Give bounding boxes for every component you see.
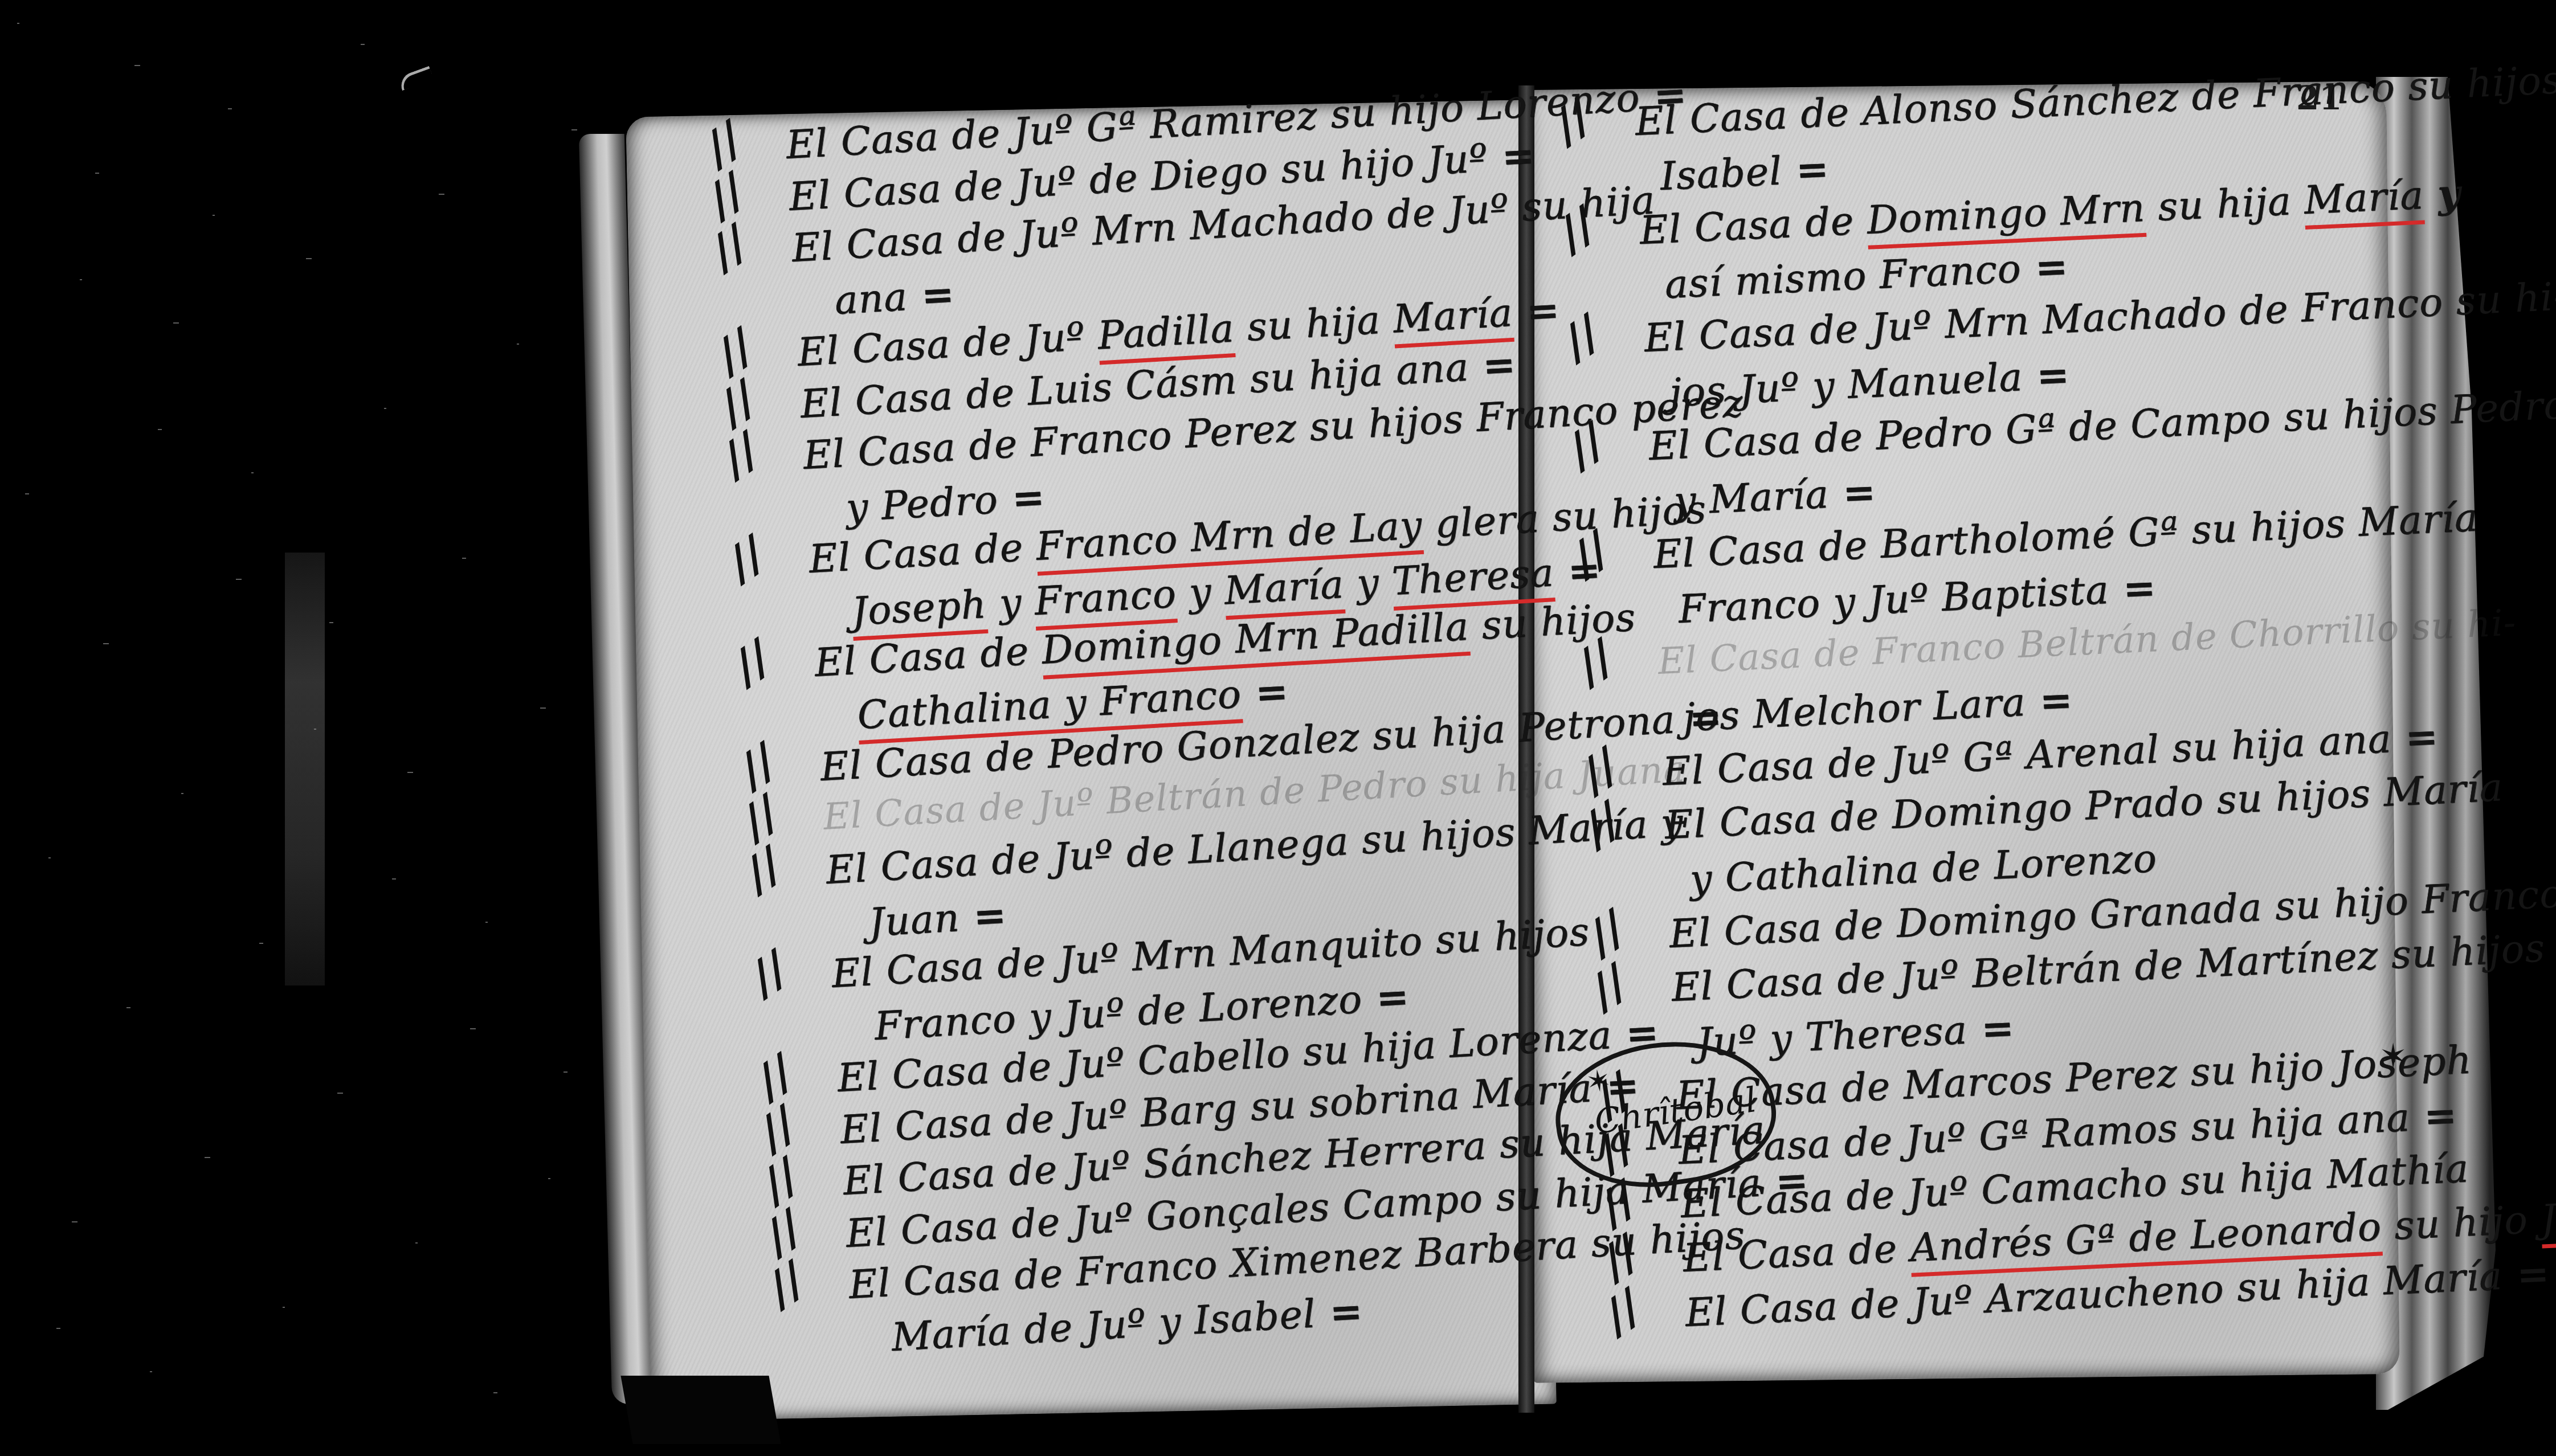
margin-tally-mark: // (1577, 901, 1635, 964)
star-icon: ✶ (1584, 1063, 1614, 1100)
margin-tally-mark: // (1570, 739, 1628, 802)
scan-speck (181, 793, 183, 794)
scan-speck (517, 343, 519, 345)
register-entry: así mismo Franco = (1664, 244, 2069, 308)
scan-speck (283, 1307, 285, 1308)
margin-tally-mark: // (1573, 793, 1631, 856)
scan-speck (392, 878, 396, 880)
margin-tally-mark: // (1561, 522, 1619, 586)
register-entry: Juº y Theresa = (1696, 1005, 2015, 1065)
scan-speck (314, 729, 316, 730)
margin-tally-mark: // (1591, 1226, 1649, 1289)
margin-tally-mark: // (1579, 955, 1638, 1019)
scan-speck (126, 1007, 130, 1008)
scan-speck (571, 129, 577, 130)
register-entry: jos Melchor Lara = (1682, 677, 2073, 741)
scan-speck (548, 1178, 550, 1179)
scan-speck (95, 173, 99, 174)
scan-speck (158, 429, 162, 430)
scan-speck (173, 322, 179, 324)
scan-speck (17, 23, 19, 24)
scan-speck (25, 493, 29, 494)
scan-speck (80, 279, 82, 280)
scan-speck (236, 579, 242, 580)
scan-speck (470, 1028, 476, 1029)
scan-speck (213, 215, 215, 216)
scan-speck (306, 258, 312, 259)
underlined-name: María (2303, 173, 2425, 230)
scan-speck (251, 472, 254, 473)
scan-speck (415, 1242, 418, 1244)
register-entry: Isabel = (1659, 146, 1830, 199)
star-icon: ✶ (2379, 1037, 2407, 1077)
scan-speck (493, 1392, 497, 1393)
scan-speck (329, 622, 333, 623)
margin-tally-mark: // (1593, 1280, 1651, 1343)
scan-speck (540, 707, 546, 709)
register-entry: El Casa de Alonso Sánchez de Franco su h… (1634, 58, 2556, 145)
margin-tally-mark: // (1548, 198, 1606, 261)
scan-speck (259, 943, 263, 944)
scan-speck (564, 1071, 567, 1073)
margin-tally-mark: // (1552, 306, 1610, 369)
scan-speck (485, 922, 488, 923)
margin-tally-mark: // (1557, 414, 1615, 477)
underlined-name: Juº (2540, 1195, 2556, 1249)
scan-speck (337, 1093, 343, 1094)
scan-speck (134, 65, 140, 66)
scan-speck (361, 44, 365, 45)
register-entry: jos Juº y Manuela = (1668, 352, 2071, 416)
margin-annotation-text: Chrîtobal (1592, 1080, 1759, 1142)
scan-speck (103, 643, 109, 644)
scan-speck (228, 108, 232, 109)
scan-speck (462, 558, 466, 559)
margin-tally-mark: // (1566, 631, 1624, 694)
register-entry: y María = (1673, 469, 1877, 524)
margin-tally-mark: // (1543, 89, 1601, 153)
scan-speck (439, 194, 444, 195)
scan-speck (150, 1371, 152, 1372)
underlined-name: Domingo Mrn (1866, 186, 2146, 250)
scan-speck (72, 1221, 77, 1222)
scan-speck (407, 772, 413, 773)
scan-speck (56, 1328, 60, 1329)
scan-speck (48, 857, 51, 858)
scan-speck (384, 408, 386, 409)
scan-speck (205, 1157, 210, 1158)
right-page-entries: //El Casa de Alonso Sánchez de Franco su… (0, 0, 2556, 1456)
